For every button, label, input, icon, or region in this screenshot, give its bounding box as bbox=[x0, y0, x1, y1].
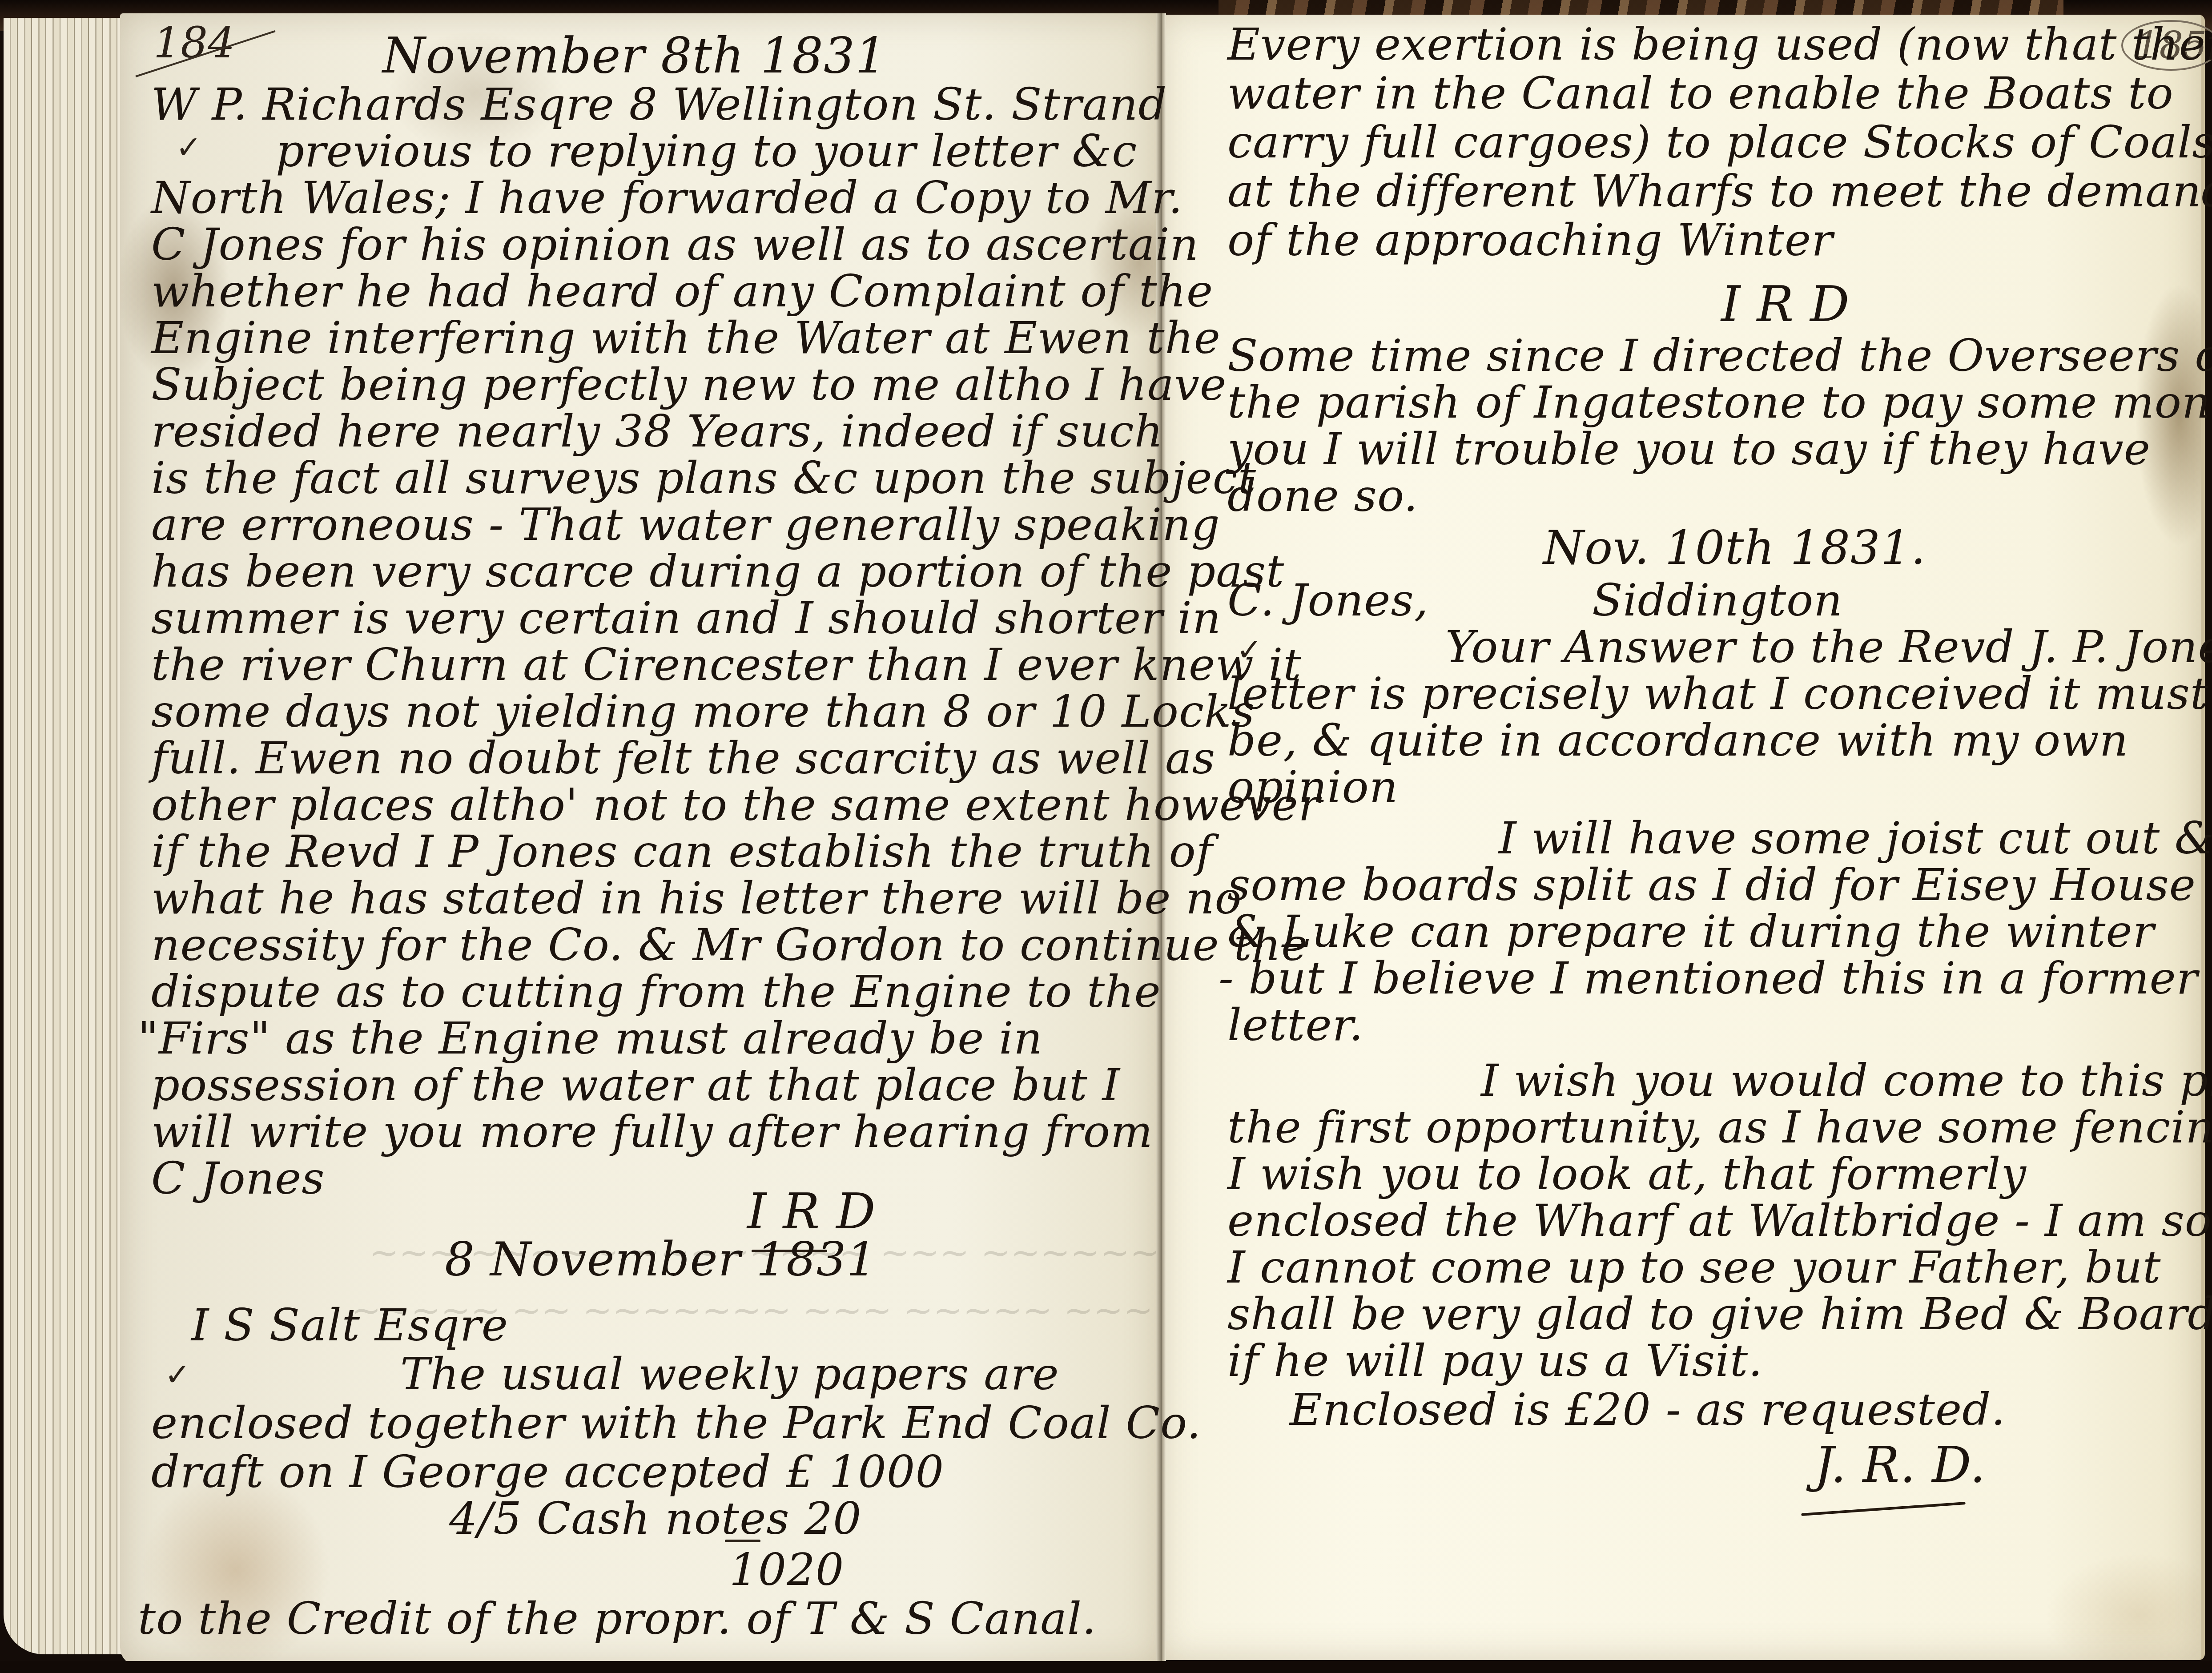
letter1-line: what he has stated in his letter there w… bbox=[151, 876, 1242, 921]
letter2-line: draft on I George accepted £ 1000 bbox=[151, 1450, 944, 1494]
letter3-line: I wish you would come to this place bbox=[1481, 1058, 2212, 1103]
letter3-line: be, & quite in accordance with my own bbox=[1227, 718, 2128, 763]
letter3-date: Nov. 10th 1831. bbox=[1543, 525, 1926, 571]
letter3-line: - but I believe I mentioned this in a fo… bbox=[1219, 956, 2198, 1001]
postscript-line: the parish of Ingatestone to pay some mo… bbox=[1227, 380, 2212, 425]
cash-notes-line: 4/5 Cash notes 20 bbox=[449, 1496, 862, 1541]
letter1-addressee: W P. Richards Esqre 8 Wellington St. Str… bbox=[151, 82, 1167, 127]
letter2-line: The usual weekly papers are bbox=[400, 1352, 1059, 1396]
continuation-line: Every exertion is being used (now that t… bbox=[1227, 22, 2212, 67]
letter1-line: dispute as to cutting from the Engine to… bbox=[151, 969, 1161, 1014]
binding-bottom bbox=[0, 1661, 2212, 1673]
page-block-edges bbox=[4, 18, 124, 1654]
letter3-line: enclosed the Wharf at Waltbridge - I am … bbox=[1227, 1198, 2212, 1243]
sum-rule bbox=[725, 1540, 760, 1542]
continuation-line: water in the Canal to enable the Boats t… bbox=[1227, 71, 2174, 116]
letter1-line: has been very scarce during a portion of… bbox=[151, 549, 1284, 594]
continuation-signature: I R D bbox=[1721, 276, 1850, 333]
letter3-line: Your Answer to the Revd J. P. Jones bbox=[1445, 625, 2212, 669]
letter2-date: 8 November 1831 bbox=[445, 1236, 877, 1283]
letter1-line: whether he had heard of any Complaint of… bbox=[151, 269, 1213, 314]
letter3-line: letter is precisely what I conceived it … bbox=[1227, 672, 2208, 716]
postscript-line: done so. bbox=[1227, 474, 1418, 518]
letter1-line: North Wales; I have forwarded a Copy to … bbox=[151, 176, 1183, 220]
letter3-signature: J. R. D. bbox=[1814, 1436, 1986, 1493]
tick-mark: ✓ bbox=[176, 129, 202, 165]
letter1-line: Engine interfering with the Water at Ewe… bbox=[151, 316, 1221, 360]
letter1-line: C Jones for his opinion as well as to as… bbox=[151, 222, 1199, 267]
letter3-addressee: C. Jones, bbox=[1227, 578, 1429, 623]
letter1-line: resided here nearly 38 Years, indeed if … bbox=[151, 409, 1163, 454]
letter3-line: & Luke can prepare it during the winter bbox=[1227, 909, 2154, 954]
letter1-signature: I R D bbox=[747, 1183, 876, 1240]
letter1-line: summer is very certain and I should shor… bbox=[151, 596, 1221, 640]
letter1-date: November 8th 1831 bbox=[382, 31, 887, 80]
letter1-line: necessity for the Co. & Mr Gordon to con… bbox=[151, 923, 1308, 967]
continuation-line: carry full cargoes) to place Stocks of C… bbox=[1227, 120, 2212, 165]
postscript-line: Some time since I directed the Overseers… bbox=[1227, 334, 2212, 378]
letter3-line: the first opportunity, as I have some fe… bbox=[1227, 1105, 2212, 1150]
letter1-line: Subject being perfectly new to me altho … bbox=[151, 362, 1227, 407]
letter1-line: C Jones bbox=[151, 1156, 325, 1201]
letter2-addressee: I S Salt Esqre bbox=[191, 1303, 508, 1347]
letter1-line: possession of the water at that place bu… bbox=[151, 1063, 1120, 1107]
letter3-line: I wish you to look at, that formerly bbox=[1227, 1152, 2027, 1196]
letter1-line: is the fact all surveys plans &c upon th… bbox=[151, 456, 1256, 500]
letter3-line: I cannot come up to see your Father, but bbox=[1227, 1245, 2161, 1290]
letter1-line: other places altho' not to the same exte… bbox=[151, 783, 1320, 827]
continuation-line: of the approaching Winter bbox=[1227, 218, 1833, 262]
letter2-line: enclosed together with the Park End Coal… bbox=[151, 1401, 1201, 1445]
letter3-line: opinion bbox=[1227, 765, 1398, 809]
letter3-line: I will have some joist cut out & bbox=[1499, 816, 2212, 861]
letter1-line: will write you more fully after hearing … bbox=[151, 1110, 1153, 1154]
tick-mark: ✓ bbox=[165, 1356, 191, 1393]
folio-number-left: 184 bbox=[153, 18, 235, 68]
postscript-line: you I will trouble you to say if they ha… bbox=[1227, 427, 2151, 471]
continuation-line: at the different Wharfs to meet the dema… bbox=[1227, 169, 2212, 213]
enclosure-note: Enclosed is £20 - as requested. bbox=[1290, 1387, 2006, 1432]
letter3-line: some boards split as I did for Eisey Hou… bbox=[1227, 863, 2196, 907]
letter1-line: some days not yielding more than 8 or 10… bbox=[151, 689, 1255, 734]
letter2-closing: to the Credit of the propr. of T & S Can… bbox=[138, 1597, 1097, 1641]
letter1-line: are erroneous - That water generally spe… bbox=[151, 503, 1220, 547]
letter1-line: full. Ewen no doubt felt the scarcity as… bbox=[151, 736, 1215, 780]
letter1-line: the river Churn at Cirencester than I ev… bbox=[151, 643, 1302, 687]
letter3-place: Siddington bbox=[1592, 578, 1843, 623]
sum-total: 1020 bbox=[729, 1548, 845, 1592]
letter3-line: if he will pay us a Visit. bbox=[1227, 1339, 1763, 1383]
letter1-line: previous to replying to your letter &c bbox=[276, 129, 1137, 173]
letter3-line: shall be very glad to give him Bed & Boa… bbox=[1227, 1292, 2212, 1336]
letter1-line: "Firs" as the Engine must already be in bbox=[138, 1016, 1043, 1061]
tick-mark: ✓ bbox=[1236, 631, 1263, 668]
letter3-line: letter. bbox=[1227, 1003, 1363, 1047]
letter1-line: if the Revd I P Jones can establish the … bbox=[151, 829, 1213, 874]
